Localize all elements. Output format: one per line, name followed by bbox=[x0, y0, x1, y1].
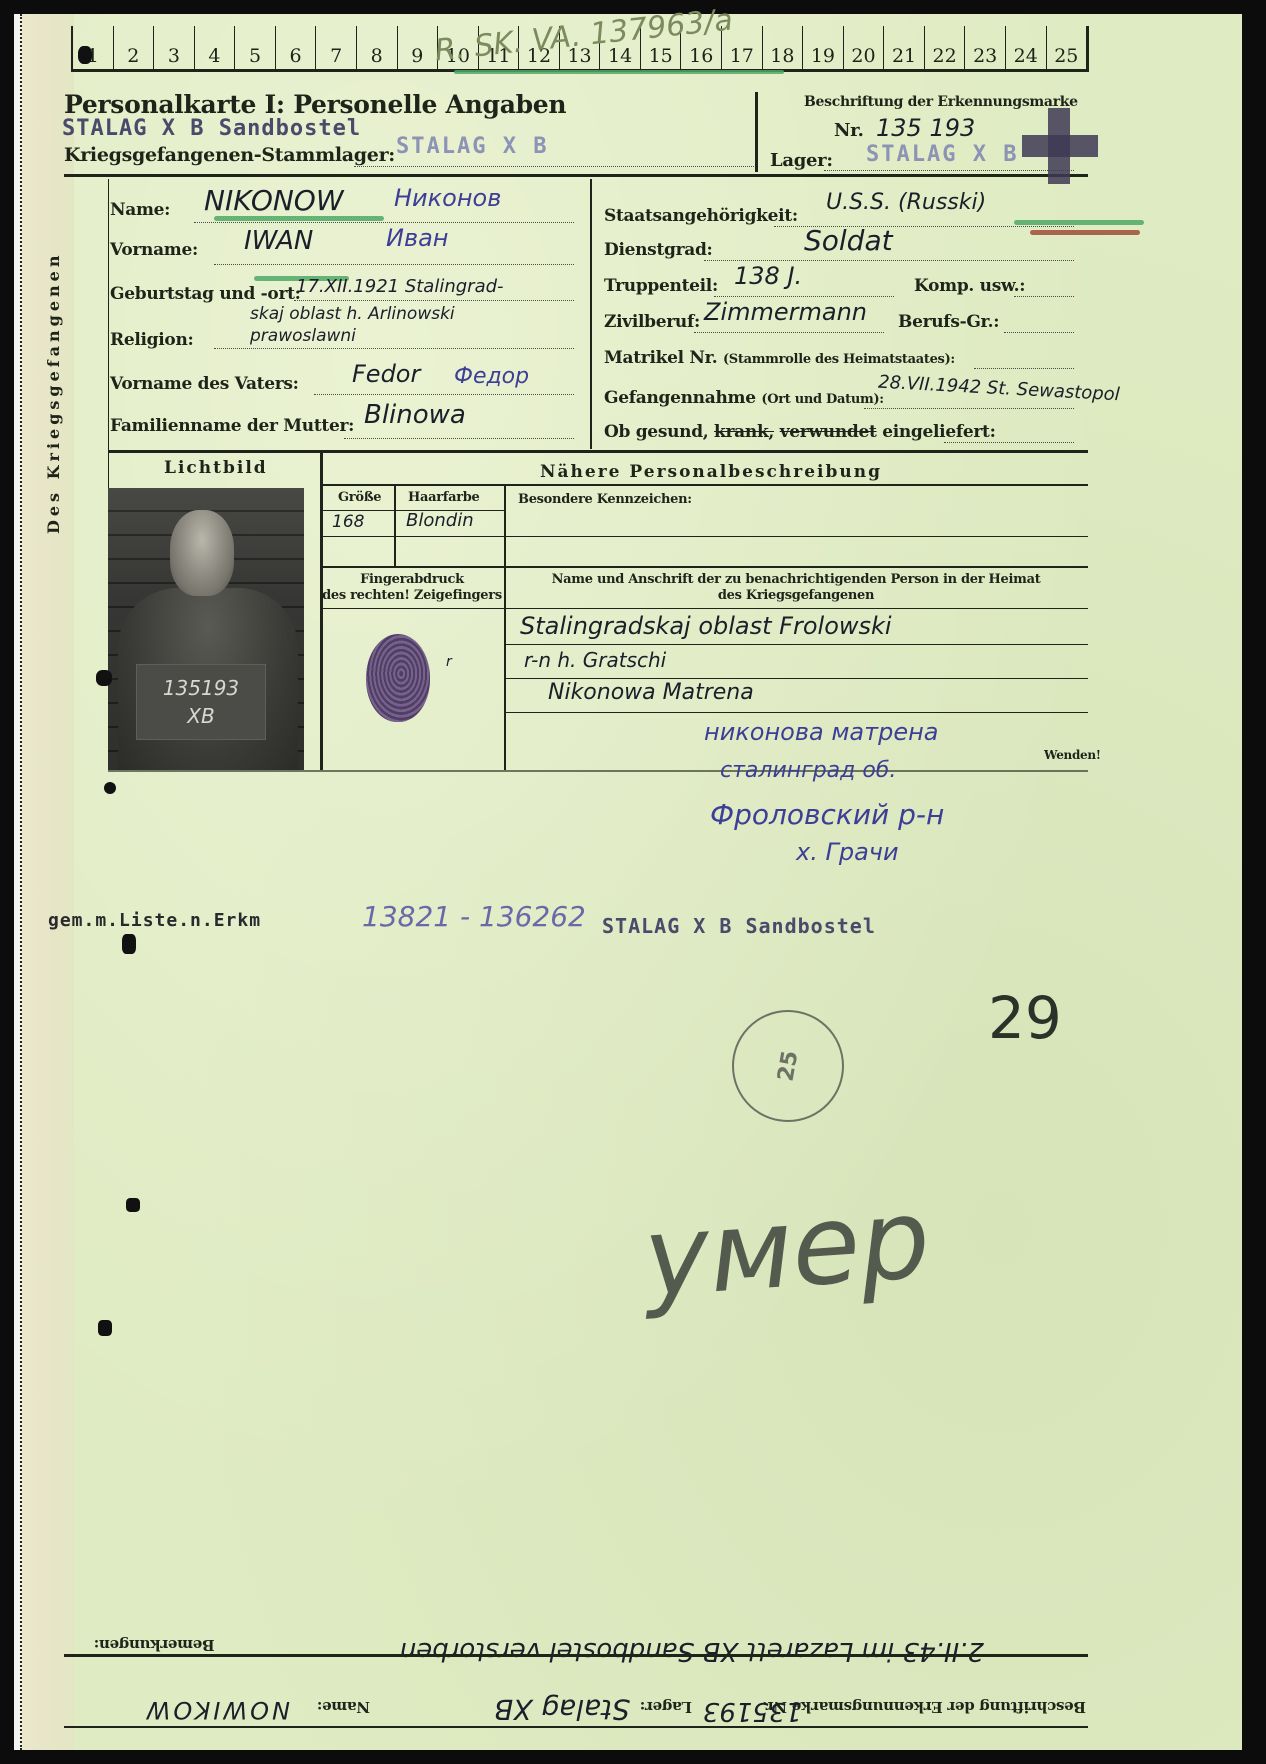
inverted-tag-line: Beschriftung der Erkennungsmarke Nr. 135… bbox=[54, 1664, 1090, 1726]
contact-cyrillic-1: никонова матрена bbox=[704, 718, 939, 746]
punch-hole bbox=[126, 1198, 140, 1212]
punch-hole bbox=[78, 46, 92, 64]
nationality-value: U.S.S. (Russki) bbox=[826, 190, 986, 215]
column-number-cell: 2 bbox=[114, 26, 155, 69]
fingerprint-label-1: Fingerabdruck bbox=[320, 572, 504, 588]
iron-cross-stamp-icon bbox=[1022, 108, 1098, 184]
scan-edge bbox=[14, 14, 22, 1750]
rank-value: Soldat bbox=[804, 224, 893, 257]
mother-line bbox=[344, 438, 574, 439]
green-underline bbox=[454, 70, 784, 74]
health-suffix: eingeliefert: bbox=[882, 422, 995, 442]
hair-label: Haarfarbe bbox=[408, 490, 480, 505]
rank-label: Dienstgrad: bbox=[604, 240, 713, 260]
personnel-card: 1234567891011121314151617181920212223242… bbox=[14, 14, 1246, 1750]
vorname-cyrillic: Иван bbox=[386, 224, 449, 252]
civil-label: Zivilberuf: bbox=[604, 312, 700, 332]
birth-label: Geburtstag und -ort: bbox=[110, 284, 301, 304]
card-fold-rule bbox=[108, 770, 1088, 772]
fingerprint-rule bbox=[320, 608, 504, 609]
fingerprint-label-2: des rechten! Zeigefingers bbox=[320, 588, 504, 604]
header-rule bbox=[64, 174, 1088, 177]
name-line bbox=[194, 222, 574, 223]
description-heading: Nähere Personalbeschreibung bbox=[540, 462, 882, 482]
bottom-rule bbox=[64, 1654, 1088, 1657]
fingerprint-mark: r bbox=[446, 654, 452, 670]
table-rule bbox=[320, 566, 1088, 568]
capture-label-text: Gefangennahme bbox=[604, 388, 756, 408]
marks-line bbox=[504, 536, 1088, 537]
column-number-cell: 21 bbox=[884, 26, 925, 69]
prisoner-photo: 135193 XB bbox=[108, 488, 304, 770]
health-struck-wounded: verwundet bbox=[780, 422, 877, 442]
column-number-cell: 25 bbox=[1047, 26, 1087, 69]
birth-value-2: skaj oblast h. Arlinowski bbox=[250, 304, 455, 324]
health-line bbox=[944, 442, 1074, 443]
contact-rule bbox=[504, 644, 1088, 645]
vorname-value: IWAN bbox=[244, 226, 313, 256]
nationality-label: Staatsangehörigkeit: bbox=[604, 206, 798, 226]
punch-hole bbox=[96, 670, 112, 686]
inverted-tag-label: Beschriftung der Erkennungsmarke Nr. bbox=[762, 1698, 1086, 1716]
contact-rule bbox=[504, 712, 1088, 713]
typed-camp: STALAG X B Sandbostel bbox=[602, 914, 876, 938]
health-label: Ob gesund, krank, verwundet eingeliefert… bbox=[604, 422, 996, 442]
column-number-cell: 23 bbox=[965, 26, 1006, 69]
birth-line bbox=[294, 300, 574, 301]
matrikel-label-text: Matrikel Nr. bbox=[604, 348, 717, 368]
board-number: 135193 bbox=[163, 674, 239, 702]
table-rule bbox=[320, 536, 504, 537]
matrikel-sub-label: (Stammrolle des Heimatstaates): bbox=[723, 352, 955, 367]
fingerprint-label: Fingerabdruck des rechten! Zeigefingers bbox=[320, 572, 504, 604]
father-cyrillic: Федор bbox=[454, 364, 529, 389]
capture-sub-label: (Ort und Datum): bbox=[761, 392, 883, 407]
column-number-cell: 18 bbox=[763, 26, 804, 69]
contact-cyrillic-2: сталинград об. bbox=[720, 758, 896, 783]
height-value: 168 bbox=[332, 512, 364, 532]
board-camp: XB bbox=[187, 702, 214, 730]
contact-heading-2: des Kriegsgefangenen bbox=[504, 588, 1088, 604]
column-number-cell: 9 bbox=[398, 26, 439, 69]
contact-heading-1: Name und Anschrift der zu benachrichtige… bbox=[504, 572, 1088, 588]
column-number-cell: 5 bbox=[235, 26, 276, 69]
profession-group-label: Berufs-Gr.: bbox=[898, 312, 999, 332]
marks-label: Besondere Kennzeichen: bbox=[518, 492, 692, 507]
column-number-cell: 19 bbox=[803, 26, 844, 69]
capture-line bbox=[864, 408, 1074, 409]
civil-value: Zimmermann bbox=[704, 298, 867, 326]
father-value: Fedor bbox=[352, 360, 420, 388]
inverted-lager-label: Lager: bbox=[640, 1698, 692, 1716]
column-number-cell: 20 bbox=[844, 26, 885, 69]
tag-nr-label: Nr. bbox=[834, 120, 864, 141]
religion-line bbox=[214, 348, 574, 349]
religion-value: prawoslawni bbox=[250, 326, 356, 346]
card-title: Personalkarte I: Personelle Angaben bbox=[64, 90, 566, 119]
unit-label: Truppenteil: bbox=[604, 276, 718, 296]
capture-value: 28.VII.1942 St. Sewastopol bbox=[878, 372, 1121, 406]
circle-stamp: 25 bbox=[723, 1001, 853, 1131]
remarks-value: 2.II.43 im Lazarett XB Sandbostel versto… bbox=[400, 1636, 984, 1666]
matrikel-label: Matrikel Nr. (Stammrolle des Heimatstaat… bbox=[604, 348, 955, 368]
health-struck-sick: krank, bbox=[714, 422, 774, 442]
contact-heading: Name und Anschrift der zu benachrichtige… bbox=[504, 572, 1088, 604]
civil-line bbox=[694, 332, 884, 333]
religion-label: Religion: bbox=[110, 330, 193, 350]
tag-lager-value: STALAG X B bbox=[866, 142, 1018, 167]
name-value: NIKONOW bbox=[204, 184, 344, 217]
section-rule bbox=[108, 450, 1088, 453]
hair-value: Blondin bbox=[406, 510, 474, 531]
contact-rule bbox=[504, 678, 1088, 679]
contact-rule bbox=[504, 608, 1088, 609]
contact-line-3: Nikonowa Matrena bbox=[548, 680, 754, 705]
height-divider bbox=[394, 484, 396, 566]
inverted-name-value: NOWIKOW bbox=[144, 1696, 290, 1724]
rank-line bbox=[704, 260, 1074, 261]
name-label: Name: bbox=[110, 200, 170, 220]
side-label: Des Kriegsgefangenen bbox=[44, 252, 63, 534]
unit-line bbox=[714, 296, 894, 297]
camp-stamp: STALAG X B Sandbostel bbox=[62, 116, 361, 141]
mother-value: Blinowa bbox=[364, 400, 466, 430]
unit-value: 138 J. bbox=[734, 262, 802, 290]
remarks-label: Bemerkungen: bbox=[94, 1636, 215, 1654]
circle-stamp-value: 25 bbox=[773, 1049, 803, 1084]
punch-hole bbox=[104, 782, 116, 794]
profession-group-line bbox=[1004, 332, 1074, 333]
column-number-cell: 22 bbox=[925, 26, 966, 69]
company-line bbox=[1014, 296, 1074, 297]
father-line bbox=[314, 394, 574, 395]
mother-label: Familienname der Mutter: bbox=[110, 416, 354, 436]
column-number-cell: 24 bbox=[1006, 26, 1047, 69]
description-rule bbox=[320, 484, 1088, 486]
health-prefix: Ob gesund, bbox=[604, 422, 708, 442]
punch-hole bbox=[122, 934, 136, 954]
column-number-cell: 4 bbox=[195, 26, 236, 69]
description-divider bbox=[504, 484, 506, 770]
inverted-lager-value: Stalag XB bbox=[494, 1693, 630, 1726]
red-underline bbox=[1030, 230, 1140, 235]
tag-lager-label: Lager: bbox=[770, 150, 833, 171]
father-label: Vorname des Vaters: bbox=[110, 374, 299, 394]
vorname-line bbox=[214, 264, 574, 265]
id-board: 135193 XB bbox=[136, 664, 266, 740]
birth-value-1: 17.XII.1921 Stalingrad- bbox=[296, 276, 504, 297]
camp-value-stamp: STALAG X B bbox=[396, 134, 548, 159]
bottom-edge-rule bbox=[64, 1726, 1088, 1728]
matrikel-line bbox=[974, 368, 1074, 369]
tag-nr-value: 135 193 bbox=[876, 114, 975, 142]
personal-divider bbox=[590, 179, 592, 449]
photo-divider bbox=[320, 450, 323, 770]
vorname-label: Vorname: bbox=[110, 240, 198, 260]
height-label: Größe bbox=[338, 490, 381, 505]
right-edge bbox=[1242, 14, 1246, 1750]
pencil-word: умер bbox=[640, 1174, 934, 1322]
company-label: Komp. usw.: bbox=[914, 276, 1025, 296]
camp-label: Kriegsgefangenen-Stammlager: bbox=[64, 144, 395, 166]
typed-note: gem.m.Liste.n.Erkm bbox=[48, 910, 261, 931]
contact-line-1: Stalingradskaj oblast Frolowski bbox=[520, 612, 892, 640]
turn-over-label: Wenden! bbox=[1044, 748, 1101, 762]
contact-line-2: r-n h. Gratschi bbox=[524, 648, 666, 672]
punch-hole bbox=[98, 1320, 112, 1336]
green-underline bbox=[1014, 220, 1144, 225]
camp-line bbox=[354, 166, 754, 167]
page-number: 29 bbox=[988, 984, 1062, 1052]
column-number-cell: 7 bbox=[316, 26, 357, 69]
number-range: 13821 - 136262 bbox=[362, 900, 586, 933]
inverted-tag-value: 135193 bbox=[703, 1696, 802, 1726]
contact-cyrillic-4: х. Грачи bbox=[796, 838, 899, 866]
column-number-cell: 8 bbox=[357, 26, 398, 69]
photo-label: Lichtbild bbox=[164, 458, 268, 478]
contact-cyrillic-3: Фроловский р-н bbox=[710, 798, 944, 831]
header-divider bbox=[755, 92, 758, 172]
capture-label: Gefangennahme (Ort und Datum): bbox=[604, 388, 884, 408]
fingerprint-icon bbox=[366, 634, 430, 722]
column-number-cell: 3 bbox=[154, 26, 195, 69]
inverted-name-label: Name: bbox=[317, 1698, 370, 1716]
green-underline bbox=[214, 216, 384, 221]
column-number-cell: 6 bbox=[276, 26, 317, 69]
name-cyrillic: Никонов bbox=[394, 184, 501, 212]
